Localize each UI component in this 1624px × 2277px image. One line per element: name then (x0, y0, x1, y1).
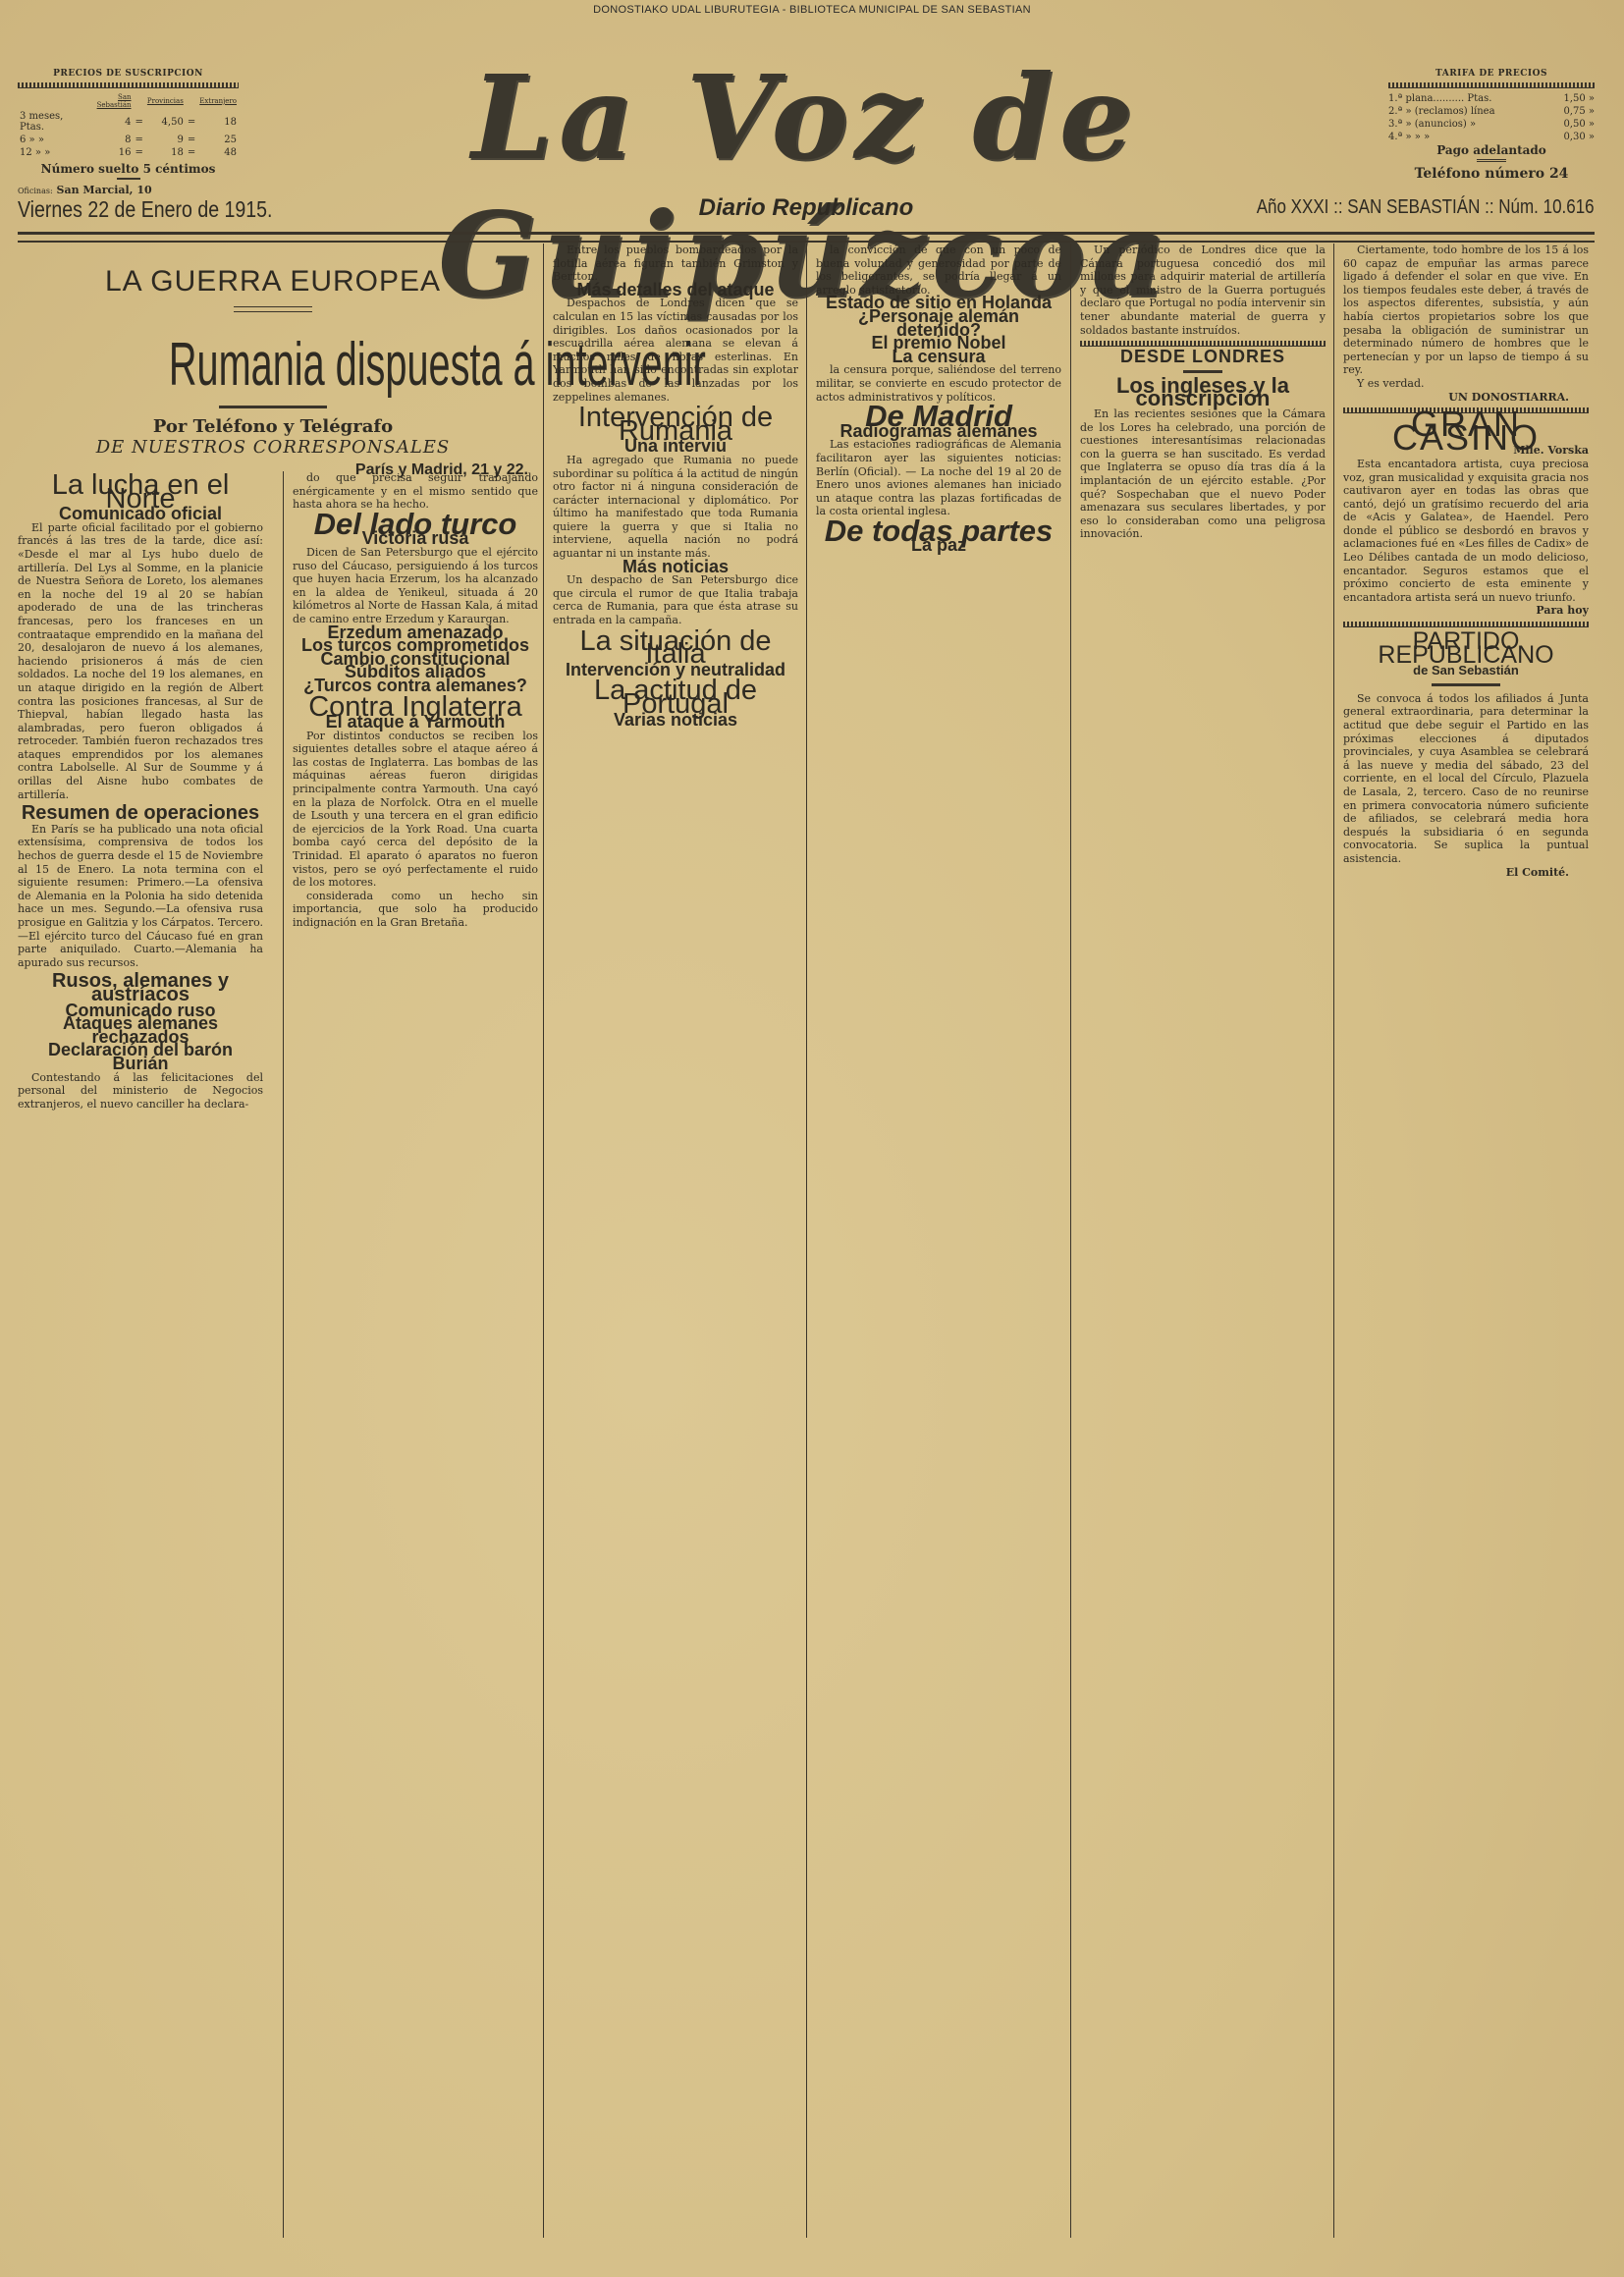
column-divider (1333, 244, 1334, 2238)
dateline-bar: Viernes 22 de Enero de 1915. Diario Repu… (18, 196, 1595, 228)
article-body: Despachos de Londres dicen que se calcul… (553, 297, 798, 404)
article-headline: Los ingleses y la conscripción (1080, 379, 1326, 406)
article-body: Ciertamente, todo hombre de los 15 á los… (1343, 244, 1589, 377)
article-body: El parte oficial facilitado por el gobie… (18, 521, 263, 801)
rates-box: TARIFA DE PRECIOS 1.ª plana.......... Pt… (1388, 69, 1595, 182)
article-body: Un periódico de Londres dice que la Cáma… (1080, 244, 1326, 337)
section-kicker: DESDE LONDRES (1080, 351, 1326, 364)
payment-note: Pago adelantado (1388, 143, 1595, 157)
article-subhead: Comunicado oficial (18, 508, 263, 521)
article-body: la convicción de que con un poco de buen… (816, 244, 1061, 297)
col-header: Provincias (145, 92, 186, 110)
signature: UN DONOSTIARRA. (1343, 391, 1589, 405)
signature: El Comité. (1343, 866, 1589, 880)
rate-row: 2.ª » (reclamos) línea0,75 » (1388, 105, 1595, 118)
article-body: Las estaciones radiográficas de Alemania… (816, 438, 1061, 518)
wavy-rule (1388, 82, 1595, 88)
article-body: Contestando á las felicitaciones del per… (18, 1071, 263, 1111)
article-body: do que precisa seguir trabajando enérgic… (293, 471, 538, 512)
article-subhead: Para hoy (1343, 604, 1589, 618)
article-headline: Intervención de Rumania (553, 411, 798, 438)
rate-row: 4.ª » » »0,30 » (1388, 131, 1595, 143)
column-2: do que precisa seguir trabajando enérgic… (293, 471, 538, 2238)
subscription-table: San SebastiánProvinciasExtranjero 3 mese… (18, 92, 239, 159)
article-headline: La situación de Italia (553, 635, 798, 662)
article-body: Se convoca á todos los afiliados á Junta… (1343, 692, 1589, 866)
column-6: Ciertamente, todo hombre de los 15 á los… (1343, 244, 1589, 2238)
front-banner: LA GUERRA EUROPEA Rumania dispuesta á in… (18, 244, 528, 483)
table-row: 3 meses, Ptas.4=4,50=18 (18, 110, 239, 134)
page-body: LA GUERRA EUROPEA Rumania dispuesta á in… (18, 244, 1595, 2238)
article-body: Por distintos conductos se reciben los s… (293, 730, 538, 890)
rate-row: 1.ª plana.......... Ptas.1,50 » (1388, 92, 1595, 105)
column-divider (543, 244, 544, 2238)
main-headline: Rumania dispuesta á intervenir (18, 330, 528, 400)
col-header: San Sebastián (83, 92, 134, 110)
masthead: PRECIOS DE SUSCRIPCION San SebastiánProv… (0, 29, 1624, 206)
rule (219, 406, 327, 408)
byline: Por Teléfono y Telégrafo (18, 416, 528, 437)
subscription-box: PRECIOS DE SUSCRIPCION San SebastiánProv… (18, 69, 239, 196)
single-copy-price: Número suelto 5 céntimos (18, 162, 239, 176)
column-divider (806, 244, 807, 2238)
article-body: considerada como un hecho sin importanci… (293, 890, 538, 930)
article-headline: GRAN CASINO (1343, 417, 1589, 444)
article-subhead: Resumen de operaciones (18, 807, 263, 821)
byline-correspondents: DE NUESTROS CORRESPONSALES (18, 437, 528, 458)
article-body: la censura porque, saliéndose del terren… (816, 363, 1061, 404)
article-subhead: La censura (816, 351, 1061, 364)
article-headline: Rusos, alemanes y austríacos (18, 975, 263, 1002)
article-body: Dicen de San Petersburgo que el ejército… (293, 546, 538, 626)
column-divider (1070, 244, 1071, 2238)
rate-row: 3.ª » (anuncios) »0,50 » (1388, 118, 1595, 131)
article-headline: La actitud de Portugal (553, 684, 798, 711)
section-kicker: LA GUERRA EUROPEA (18, 265, 528, 298)
subscription-heading: PRECIOS DE SUSCRIPCION (18, 69, 239, 79)
double-rule (1477, 159, 1506, 164)
article-body: Entre los pueblos bombardeados por la fl… (553, 244, 798, 284)
rates-heading: TARIFA DE PRECIOS (1388, 69, 1595, 79)
article-body: En las recientes sesiones que la Cámara … (1080, 407, 1326, 541)
rule (1432, 683, 1500, 686)
column-4: la convicción de que con un poco de buen… (816, 244, 1061, 2238)
double-rule (234, 306, 312, 312)
archive-credit: DONOSTIAKO UDAL LIBURUTEGIA - BIBLIOTECA… (0, 4, 1624, 16)
wavy-rule (18, 82, 239, 88)
article-subhead: El ataque á Yarmouth (293, 716, 538, 730)
article-headline: PARTIDO REPUBLICANO (1343, 635, 1589, 662)
article-subhead: Varias noticias (553, 714, 798, 728)
article-subhead: Una interviú (553, 440, 798, 454)
article-headline: La lucha en el Norte (18, 479, 263, 506)
article-body: Ha agregado que Rumania no puede subordi… (553, 454, 798, 561)
column-1: La lucha en el Norte Comunicado oficial … (18, 471, 263, 2238)
column-3: Entre los pueblos bombardeados por la fl… (553, 244, 798, 2238)
masthead-rule (18, 232, 1595, 243)
double-rule (117, 178, 140, 182)
article-subhead: Más noticias (553, 561, 798, 574)
column-5: Un periódico de Londres dice que la Cáma… (1080, 244, 1326, 2238)
phone-number: Teléfono número 24 (1388, 166, 1595, 182)
article-body: En París se ha publicado una nota oficia… (18, 823, 263, 970)
article-body: Y es verdad. (1343, 377, 1589, 391)
table-row: 6 » »8=9=25 (18, 134, 239, 146)
issue-number: Año XXXI :: SAN SEBASTIÁN :: Núm. 10.616 (1257, 196, 1595, 219)
column-divider (283, 471, 284, 2238)
table-row: 12 » »16=18=48 (18, 146, 239, 159)
col-header: Extranjero (197, 92, 239, 110)
article-subhead: Más detalles del ataque (553, 284, 798, 298)
article-subhead: Declaración del barón Burián (18, 1044, 263, 1070)
article-subhead: Radiogramas alemanes (816, 425, 1061, 439)
article-body: Un despacho de San Petersburgo dice que … (553, 573, 798, 626)
article-body: Esta encantadora artista, cuya preciosa … (1343, 458, 1589, 605)
